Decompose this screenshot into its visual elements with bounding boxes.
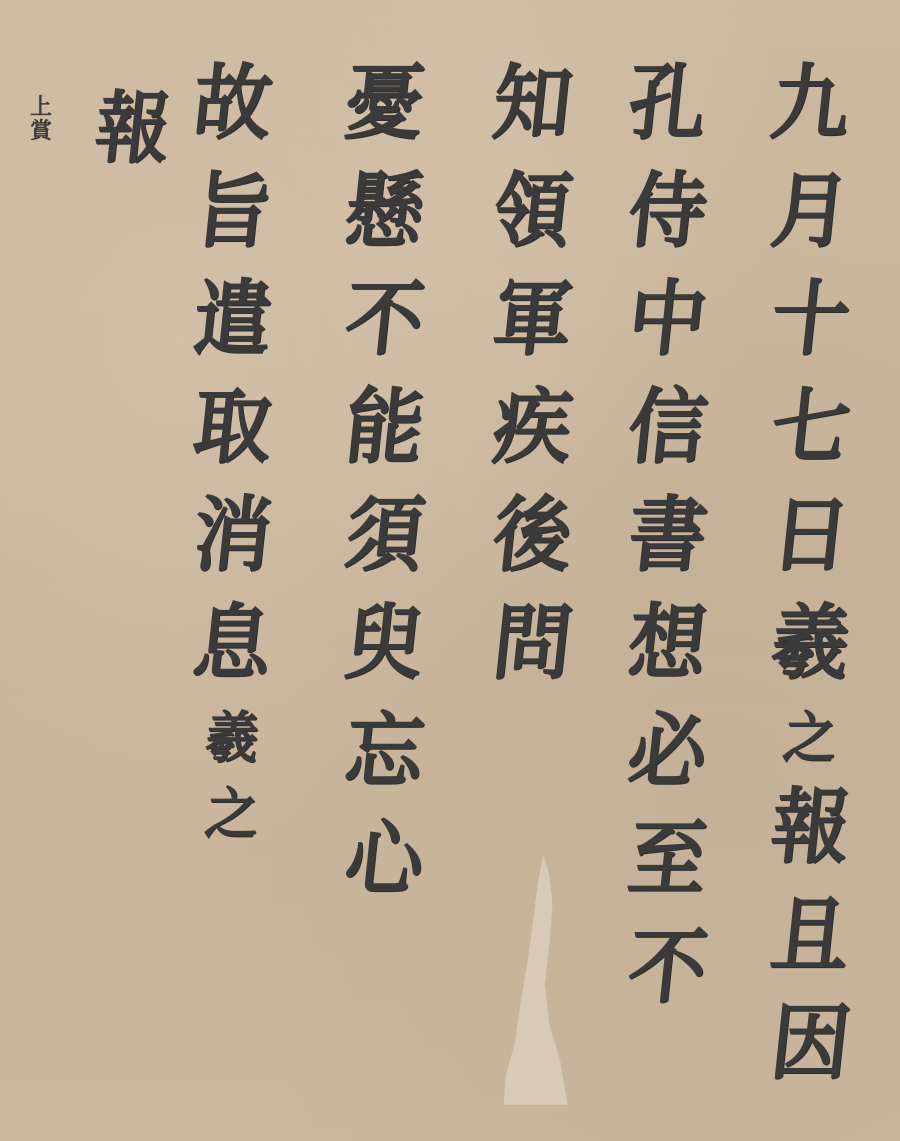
character: 臾 <box>338 602 427 710</box>
character: 忘 <box>338 710 427 818</box>
character: 至 <box>621 818 710 926</box>
character: 息 <box>186 602 275 710</box>
character: 羲 <box>764 602 853 710</box>
character: 知 <box>486 62 575 170</box>
character: 之 <box>200 786 261 862</box>
character: 取 <box>186 386 275 494</box>
character: 中 <box>621 278 710 386</box>
character: 不 <box>338 278 427 386</box>
calligraphy-column-6: 報 <box>92 90 170 198</box>
annotation-char: 上 <box>30 95 52 119</box>
calligraphy-column-1: 九 月 十 七 日 羲 之 報 且 因 <box>768 62 850 1110</box>
character: 之 <box>778 710 839 786</box>
character: 孔 <box>621 62 710 170</box>
character: 遣 <box>186 278 275 386</box>
character: 月 <box>764 170 853 278</box>
character: 能 <box>338 386 427 494</box>
character: 報 <box>764 786 853 894</box>
character: 羲 <box>200 710 261 786</box>
character: 信 <box>621 386 710 494</box>
character: 必 <box>621 710 710 818</box>
character: 憂 <box>338 62 427 170</box>
character: 領 <box>486 170 575 278</box>
character: 旨 <box>186 170 275 278</box>
character: 問 <box>486 602 575 710</box>
character: 九 <box>764 62 853 170</box>
character: 故 <box>186 62 275 170</box>
character: 心 <box>338 818 427 926</box>
character: 想 <box>621 602 710 710</box>
character: 因 <box>764 1002 853 1110</box>
character: 疾 <box>486 386 575 494</box>
character: 消 <box>186 494 275 602</box>
calligraphy-column-3: 知 領 軍 疾 後 問 <box>490 62 572 710</box>
character: 十 <box>764 278 853 386</box>
character: 日 <box>764 494 853 602</box>
character: 後 <box>486 494 575 602</box>
character: 侍 <box>621 170 710 278</box>
character: 不 <box>621 926 710 1034</box>
character: 報 <box>88 90 173 198</box>
character: 七 <box>764 386 853 494</box>
character: 須 <box>338 494 427 602</box>
calligraphy-column-5: 故 旨 遣 取 消 息 羲 之 <box>190 62 272 862</box>
calligraphy-column-4: 憂 懸 不 能 須 臾 忘 心 <box>342 62 424 926</box>
character: 軍 <box>486 278 575 386</box>
calligraphy-column-2: 孔 侍 中 信 書 想 必 至 不 <box>625 62 707 1034</box>
marginal-annotation: 上 賞 <box>30 95 52 143</box>
annotation-char: 賞 <box>30 119 52 143</box>
character: 且 <box>764 894 853 1002</box>
character: 書 <box>621 494 710 602</box>
character: 懸 <box>338 170 427 278</box>
